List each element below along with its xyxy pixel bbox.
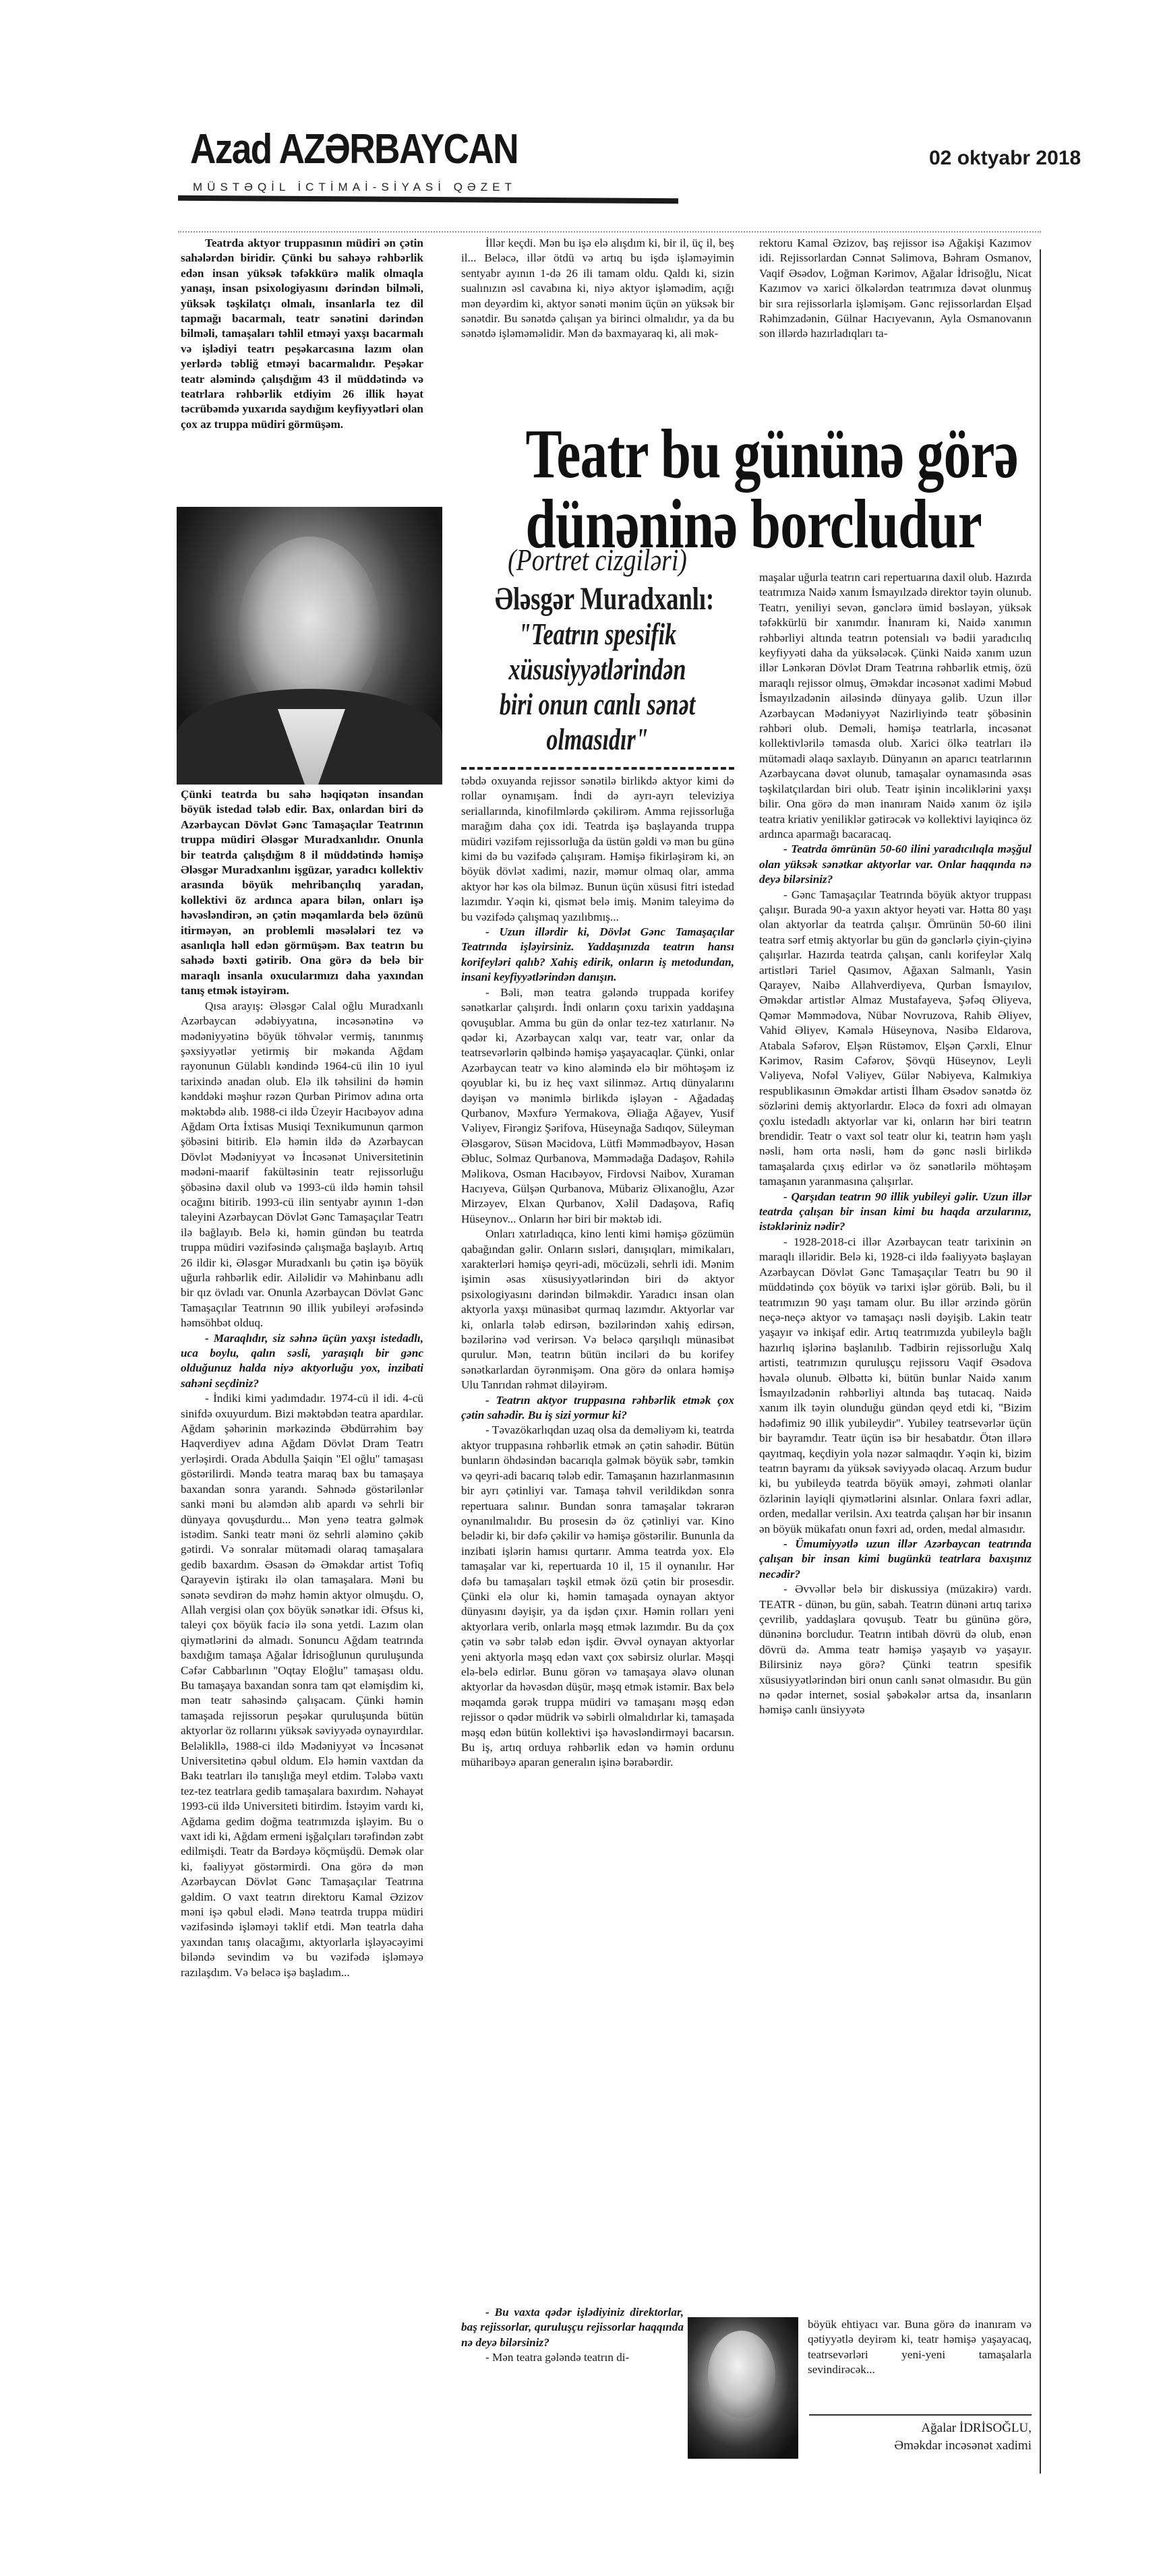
article-subhead: (Portret cizgiləri) Ələsgər Muradxanlı: … (463, 543, 732, 757)
column-1-body: Çünki teatrda bu sahə həqiqətən insandan… (181, 787, 423, 1980)
column-3-body: maşalar uğurla teatrın cari repertuarına… (759, 570, 1032, 1718)
newspaper-title: Azad AZƏRBAYCAN (190, 125, 518, 173)
interview-question: - Teatrın aktyor truppasına rəhbərlik et… (461, 1393, 734, 1423)
interview-answer: - Gənc Tamaşaçılar Teatrında böyük aktyo… (759, 888, 1032, 1190)
signature-rule (809, 2414, 1032, 2416)
interview-answer: Onları xatırladıqca, kino lenti kimi həm… (461, 1227, 734, 1392)
article-headline: Teatr bu gününə görə dünəninə borcludur (526, 419, 973, 559)
author-face-icon (708, 2331, 775, 2418)
interview-answer: - İndiki kimi yadımdadır. 1974-cü il idi… (181, 1391, 423, 1980)
closing-paragraph: böyük ehtiyacı var. Buna görə də inanıra… (808, 2317, 1032, 2378)
interview-question: - Bu vaxta qədər işlədiyiniz direktorlar… (461, 2305, 684, 2350)
masthead-rule (178, 195, 678, 204)
author-name: Ağalar İDRİSOĞLU, (809, 2420, 1032, 2437)
subhead-dashed-rule (461, 767, 734, 770)
issue-date: 02 oktyabr 2018 (929, 147, 1081, 170)
interview-answer: - 1928-2018-ci illər Azərbaycan teatr ta… (759, 1235, 1032, 1537)
interview-question: - Teatrda ömrünün 50-60 ilini yaradıcılı… (759, 842, 1032, 887)
author-title: Əməkdar incəsənət xadimi (809, 2437, 1032, 2455)
column-1-intro: Teatrda aktyor truppasının müdiri ən çət… (181, 236, 423, 432)
column-3-top: rektoru Kamal Əzizov, baş rejissor isə A… (759, 236, 1032, 342)
headline-line-1: Teatr bu gününə görə (526, 419, 973, 489)
right-border-rule (1040, 249, 1041, 2474)
pull-quote-line: xüsusiyyətlərindən (498, 652, 697, 687)
answer-continuation: İllər keçdi. Mən bu işə elə alışdım ki, … (461, 236, 734, 342)
rubric-label: (Portret cizgiləri) (487, 543, 708, 578)
pull-quote-line: "Teatrın spesifik (498, 617, 697, 652)
interview-question: - Ümumiyyətlə uzun illər Azərbaycan teat… (759, 1537, 1032, 1582)
interview-answer: - Əvvəllər belə bir diskussiya (müzakirə… (759, 1582, 1032, 1718)
answer-continuation: rektoru Kamal Əzizov, baş rejissor isə A… (759, 236, 1032, 342)
interview-answer: - Bəli, mən teatra gələndə truppada kori… (461, 985, 734, 1227)
answer-paragraph: təbdə oxuyanda rejissor sənətilə birlikd… (461, 774, 734, 925)
main-portrait-photo (177, 507, 442, 785)
bio-paragraph: Qısa arayış: Ələsgər Calal oğlu Muradxan… (181, 999, 423, 1331)
author-portrait-photo (688, 2317, 798, 2459)
column-2-top: İllər keçdi. Mən bu işə elə alışdım ki, … (461, 236, 734, 342)
interviewee-name: Ələsgər Muradxanlı: (495, 582, 700, 617)
interview-question: - Maraqlıdır, siz səhnə üçün yaxşı isted… (181, 1331, 423, 1392)
answer-paragraph: maşalar uğurla teatrın cari repertuarına… (759, 570, 1032, 842)
interview-answer: - Təvazökarlıqdan uzaq olsa da deməliyəm… (461, 1423, 734, 1770)
author-signature: Ağalar İDRİSOĞLU, Əməkdar incəsənət xadi… (809, 2420, 1032, 2455)
intro-paragraph-2: Çünki teatrda bu sahə həqiqətən insandan… (181, 787, 423, 999)
top-divider (178, 231, 1041, 233)
interview-question: - Qarşıdan teatrın 90 illik yubileyi gəl… (759, 1190, 1032, 1235)
pull-quote-line: olmasıdır" (498, 722, 697, 757)
interview-question: - Uzun illərdir ki, Dövlət Gənc Tamaşaçı… (461, 925, 734, 985)
newspaper-subtitle: MÜSTƏQİL İCTİMAİ-SİYASİ QƏZET (193, 181, 516, 194)
intro-paragraph: Teatrda aktyor truppasının müdiri ən çət… (181, 236, 423, 432)
column-3-end: böyük ehtiyacı var. Buna görə də inanıra… (808, 2317, 1032, 2378)
pull-quote-line: biri onun canlı sənət (498, 687, 697, 722)
column-2-bottom: - Bu vaxta qədər işlədiyiniz direktorlar… (461, 2305, 684, 2366)
interview-answer: - Mən teatra gələndə teatrın di- (461, 2350, 684, 2365)
column-2-body: təbdə oxuyanda rejissor sənətilə birlikd… (461, 774, 734, 1771)
